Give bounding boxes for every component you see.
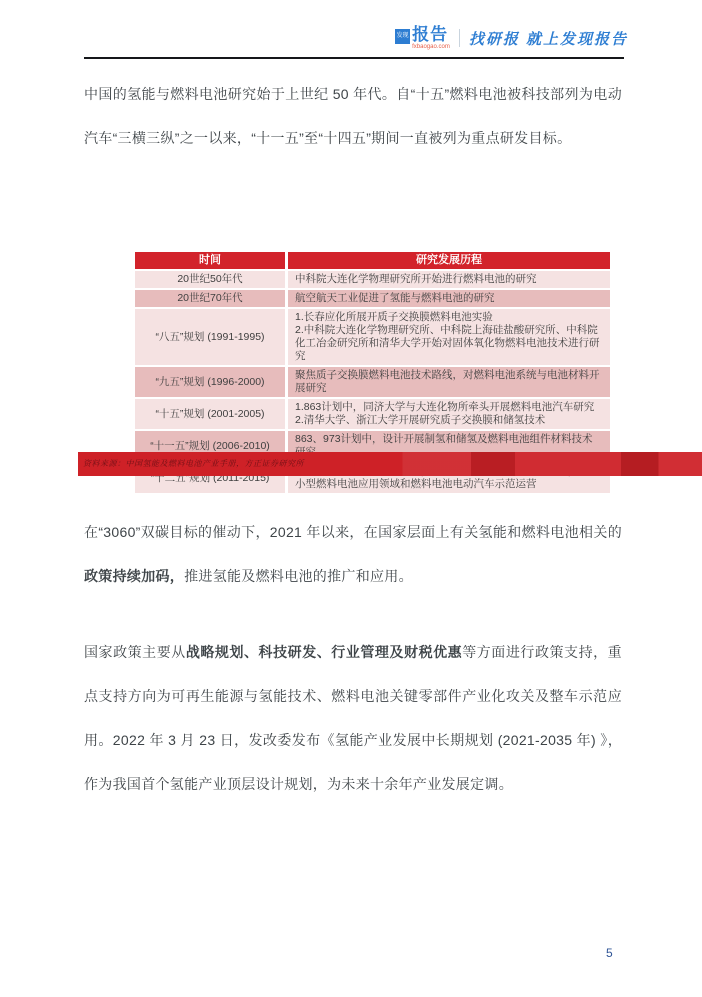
paragraph-policy-2021: 在“3060”双碳目标的催动下，2021 年以来，在国家层面上有关氢能和燃料电池… <box>84 510 622 598</box>
paragraph-segment: 中国的氢能与燃料电池研究始于上世纪 50 年代。自“十五”燃料电池被科技部列为电… <box>84 86 622 146</box>
paragraph-segment: 国家政策主要从 <box>84 644 186 660</box>
paragraph-segment: 战略规划、科技研发、行业管理及财税优惠 <box>186 644 462 660</box>
table-desc-line: 航空航天工业促进了氢能与燃料电池的研究 <box>295 292 603 305</box>
table-desc-line: 2.中科院大连化学物理研究所、中科院上海硅盐酸研究所、中科院化工冶金研究所和清华… <box>295 324 603 363</box>
paragraph-intro: 中国的氢能与燃料电池研究始于上世纪 50 年代。自“十五”燃料电池被科技部列为电… <box>84 72 622 160</box>
table-desc-line: 1.863计划中，同济大学与大连化物所牵头开展燃料电池汽车研究 <box>295 401 603 414</box>
table-header-row: 时间 研究发展历程 <box>135 252 610 269</box>
paragraph-policy-support: 国家政策主要从战略规划、科技研发、行业管理及财税优惠等方面进行政策支持，重点支持… <box>84 630 622 806</box>
table-header-desc: 研究发展历程 <box>288 252 610 269</box>
paragraph-segment: 政策持续加码， <box>84 568 184 584</box>
table-row: 20世纪70年代航空航天工业促进了氢能与燃料电池的研究 <box>135 290 610 307</box>
table-cell-time: “十五”规划 (2001-2005) <box>135 399 285 429</box>
table-desc-line: 2.清华大学、浙江大学开展研究质子交换膜和储氢技术 <box>295 414 603 427</box>
table-desc-line: 聚焦质子交换膜燃料电池技术路线，对燃料电池系统与电池材料开展研究 <box>295 369 603 395</box>
source-note-text: 资料来源：中国氢能及燃料电池产业手册，方正证券研究所 <box>83 459 304 468</box>
page-number: 5 <box>606 946 613 960</box>
header-rule <box>84 57 624 59</box>
table-row: “八五”规划 (1991-1995)1.长春应化所展开质子交换膜燃料电池实验2.… <box>135 309 610 365</box>
table-cell-time: 20世纪70年代 <box>135 290 285 307</box>
table-desc-line: 1.长春应化所展开质子交换膜燃料电池实验 <box>295 311 603 324</box>
table-cell-desc: 中科院大连化学物理研究所开始进行燃料电池的研究 <box>288 271 610 288</box>
paragraph-segment: 推进氢能及燃料电池的推广和应用。 <box>184 568 413 584</box>
brand-tagline: 找研报 就上发现报告 <box>469 28 628 49</box>
table-header-time: 时间 <box>135 252 285 269</box>
brand-logo[interactable]: 发现 报告 fxbaogao.com <box>395 26 450 50</box>
paragraph-segment: 等方面进行政策支持，重点支持方向为可再生能源与氢能技术、燃料电池关键零部件产业化… <box>84 644 622 792</box>
header-brand: 发现 报告 fxbaogao.com 找研报 就上发现报告 <box>395 26 628 50</box>
source-note-band: 资料来源：中国氢能及燃料电池产业手册，方正证券研究所 <box>78 452 702 476</box>
table-row: “十五”规划 (2001-2005)1.863计划中，同济大学与大连化物所牵头开… <box>135 399 610 429</box>
paragraph-segment: 在“3060”双碳目标的催动下，2021 年以来，在国家层面上有关氢能和燃料电池… <box>84 524 622 540</box>
table-cell-time: “八五”规划 (1991-1995) <box>135 309 285 365</box>
table-cell-time: “九五”规划 (1996-2000) <box>135 367 285 397</box>
brand-name: 报告 <box>412 26 450 44</box>
brand-url: fxbaogao.com <box>412 44 450 50</box>
brand-divider <box>459 29 460 47</box>
table-cell-desc: 航空航天工业促进了氢能与燃料电池的研究 <box>288 290 610 307</box>
table-cell-desc: 1.长春应化所展开质子交换膜燃料电池实验2.中科院大连化学物理研究所、中科院上海… <box>288 309 610 365</box>
table-cell-time: 20世纪50年代 <box>135 271 285 288</box>
table-row: 20世纪50年代中科院大连化学物理研究所开始进行燃料电池的研究 <box>135 271 610 288</box>
table-row: “九五”规划 (1996-2000)聚焦质子交换膜燃料电池技术路线，对燃料电池系… <box>135 367 610 397</box>
report-page: 发现 报告 fxbaogao.com 找研报 就上发现报告 中国的氢能与燃料电池… <box>0 0 702 997</box>
table-cell-desc: 聚焦质子交换膜燃料电池技术路线，对燃料电池系统与电池材料开展研究 <box>288 367 610 397</box>
table-cell-desc: 1.863计划中，同济大学与大连化物所牵头开展燃料电池汽车研究2.清华大学、浙江… <box>288 399 610 429</box>
table-desc-line: 中科院大连化学物理研究所开始进行燃料电池的研究 <box>295 273 603 286</box>
brand-mark-icon: 发现 <box>395 29 410 44</box>
